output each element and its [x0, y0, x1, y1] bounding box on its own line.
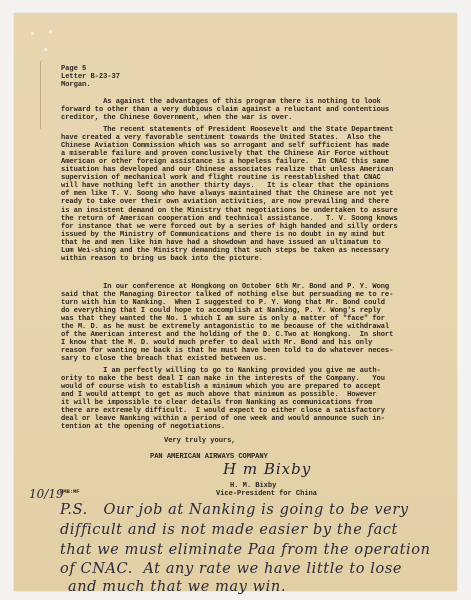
paper-stain — [40, 60, 45, 130]
body-text-line: is an insistent demand on the Ministry t… — [61, 207, 398, 215]
signer-title: Vice-President for China — [216, 490, 317, 498]
body-text-line: The recent statements of President Roose… — [61, 126, 393, 134]
body-text-line: within reason to bring us back into the … — [61, 255, 263, 263]
body-text-line: a miserable failure and proven conclusiv… — [61, 150, 389, 158]
body-text-line: of men like T. V. Soong who have always … — [61, 190, 393, 198]
body-text-line: American or other foreign assistance is … — [61, 158, 389, 166]
postscript-line: of CNAC. At any rate we have little to l… — [60, 561, 402, 577]
body-text-line: will have nothing left in another thirty… — [61, 182, 389, 190]
body-text-line: ority to make the best deal I can make i… — [61, 375, 385, 383]
body-text-line: for instance that we were forced out by … — [61, 223, 398, 231]
body-text-line: deal or leave Nanking within a period of… — [61, 415, 385, 423]
body-text-line: reason for wanting me back is that he mu… — [61, 347, 393, 355]
postscript-line: that we must eliminate Paa from the oper… — [60, 542, 431, 558]
body-text-line: there are extremely difficult. I would e… — [61, 407, 385, 415]
body-text-line: would of course wish to establish a mini… — [61, 383, 381, 391]
recipient: Morgan. — [61, 81, 90, 89]
body-text-line: the return of American cooperation and t… — [61, 215, 398, 223]
body-text-line: and I would attempt to get as much above… — [61, 391, 377, 399]
body-text-line: supervision of mechanical work and fligh… — [61, 174, 381, 182]
signer-name: H. M. Bixby — [230, 482, 276, 490]
body-text-line: forward to other than a very dubious cla… — [61, 106, 389, 114]
body-text-line: sary to close the breach that existed be… — [61, 355, 267, 363]
handwritten-signature: H m Bixby — [223, 460, 311, 478]
body-text-line: do everything that I could hope to accom… — [61, 307, 381, 315]
page-number: Page 5 — [61, 65, 86, 73]
body-text-line: the M. D. as he must be extremely antago… — [61, 323, 389, 331]
pin-hole — [44, 48, 47, 51]
body-text-line: I know that the M. D. would much prefer … — [61, 339, 372, 347]
body-text-line: was that they wanted the No. 1 which I a… — [61, 315, 385, 323]
body-text-line: that he and men like him have had a show… — [61, 239, 381, 247]
pin-hole — [31, 32, 34, 35]
body-text-line: ready to take over their own aviation ac… — [61, 198, 389, 206]
handwritten-date-note: 10/19 — [29, 487, 64, 501]
body-text-line: turn with him to Nanking. When I suggest… — [61, 299, 385, 307]
postscript-line: and much that we may win. — [68, 579, 286, 595]
body-text-line: Chinese Aviation Commission which was so… — [61, 142, 389, 150]
body-text-line: have created a very favorable sentiment … — [61, 134, 381, 142]
postscript-line: P.S. Our job at Nanking is going to be v… — [60, 502, 409, 518]
body-text-line: Lum Wei-shing and the Ministry demanding… — [61, 247, 389, 255]
pin-hole — [49, 30, 52, 33]
body-text-line: creditor, the Chinese Government, when t… — [61, 114, 292, 122]
salutation: Very truly yours, — [164, 437, 236, 445]
body-text-line: it will be impossible to clear details f… — [61, 399, 372, 407]
body-text-line: issued by the Ministry of Communications… — [61, 231, 385, 239]
body-text-line: situation has developed and our Chinese … — [61, 166, 393, 174]
body-text-line: I am perfectly willing to go to Nanking … — [61, 367, 381, 375]
body-text-line: In our conference at Hongkong on October… — [61, 283, 389, 291]
postscript-line: difficult and is not made easier by the … — [60, 522, 398, 538]
body-text-line: tention at the opening of negotiations. — [61, 423, 225, 431]
letter-reference: Letter B-23-37 — [61, 73, 120, 81]
body-text-line: said that the Managing Director talked o… — [61, 291, 393, 299]
body-text-line: of the American interest and the holding… — [61, 331, 393, 339]
body-text-line: As against the advantages of this progra… — [61, 98, 381, 106]
